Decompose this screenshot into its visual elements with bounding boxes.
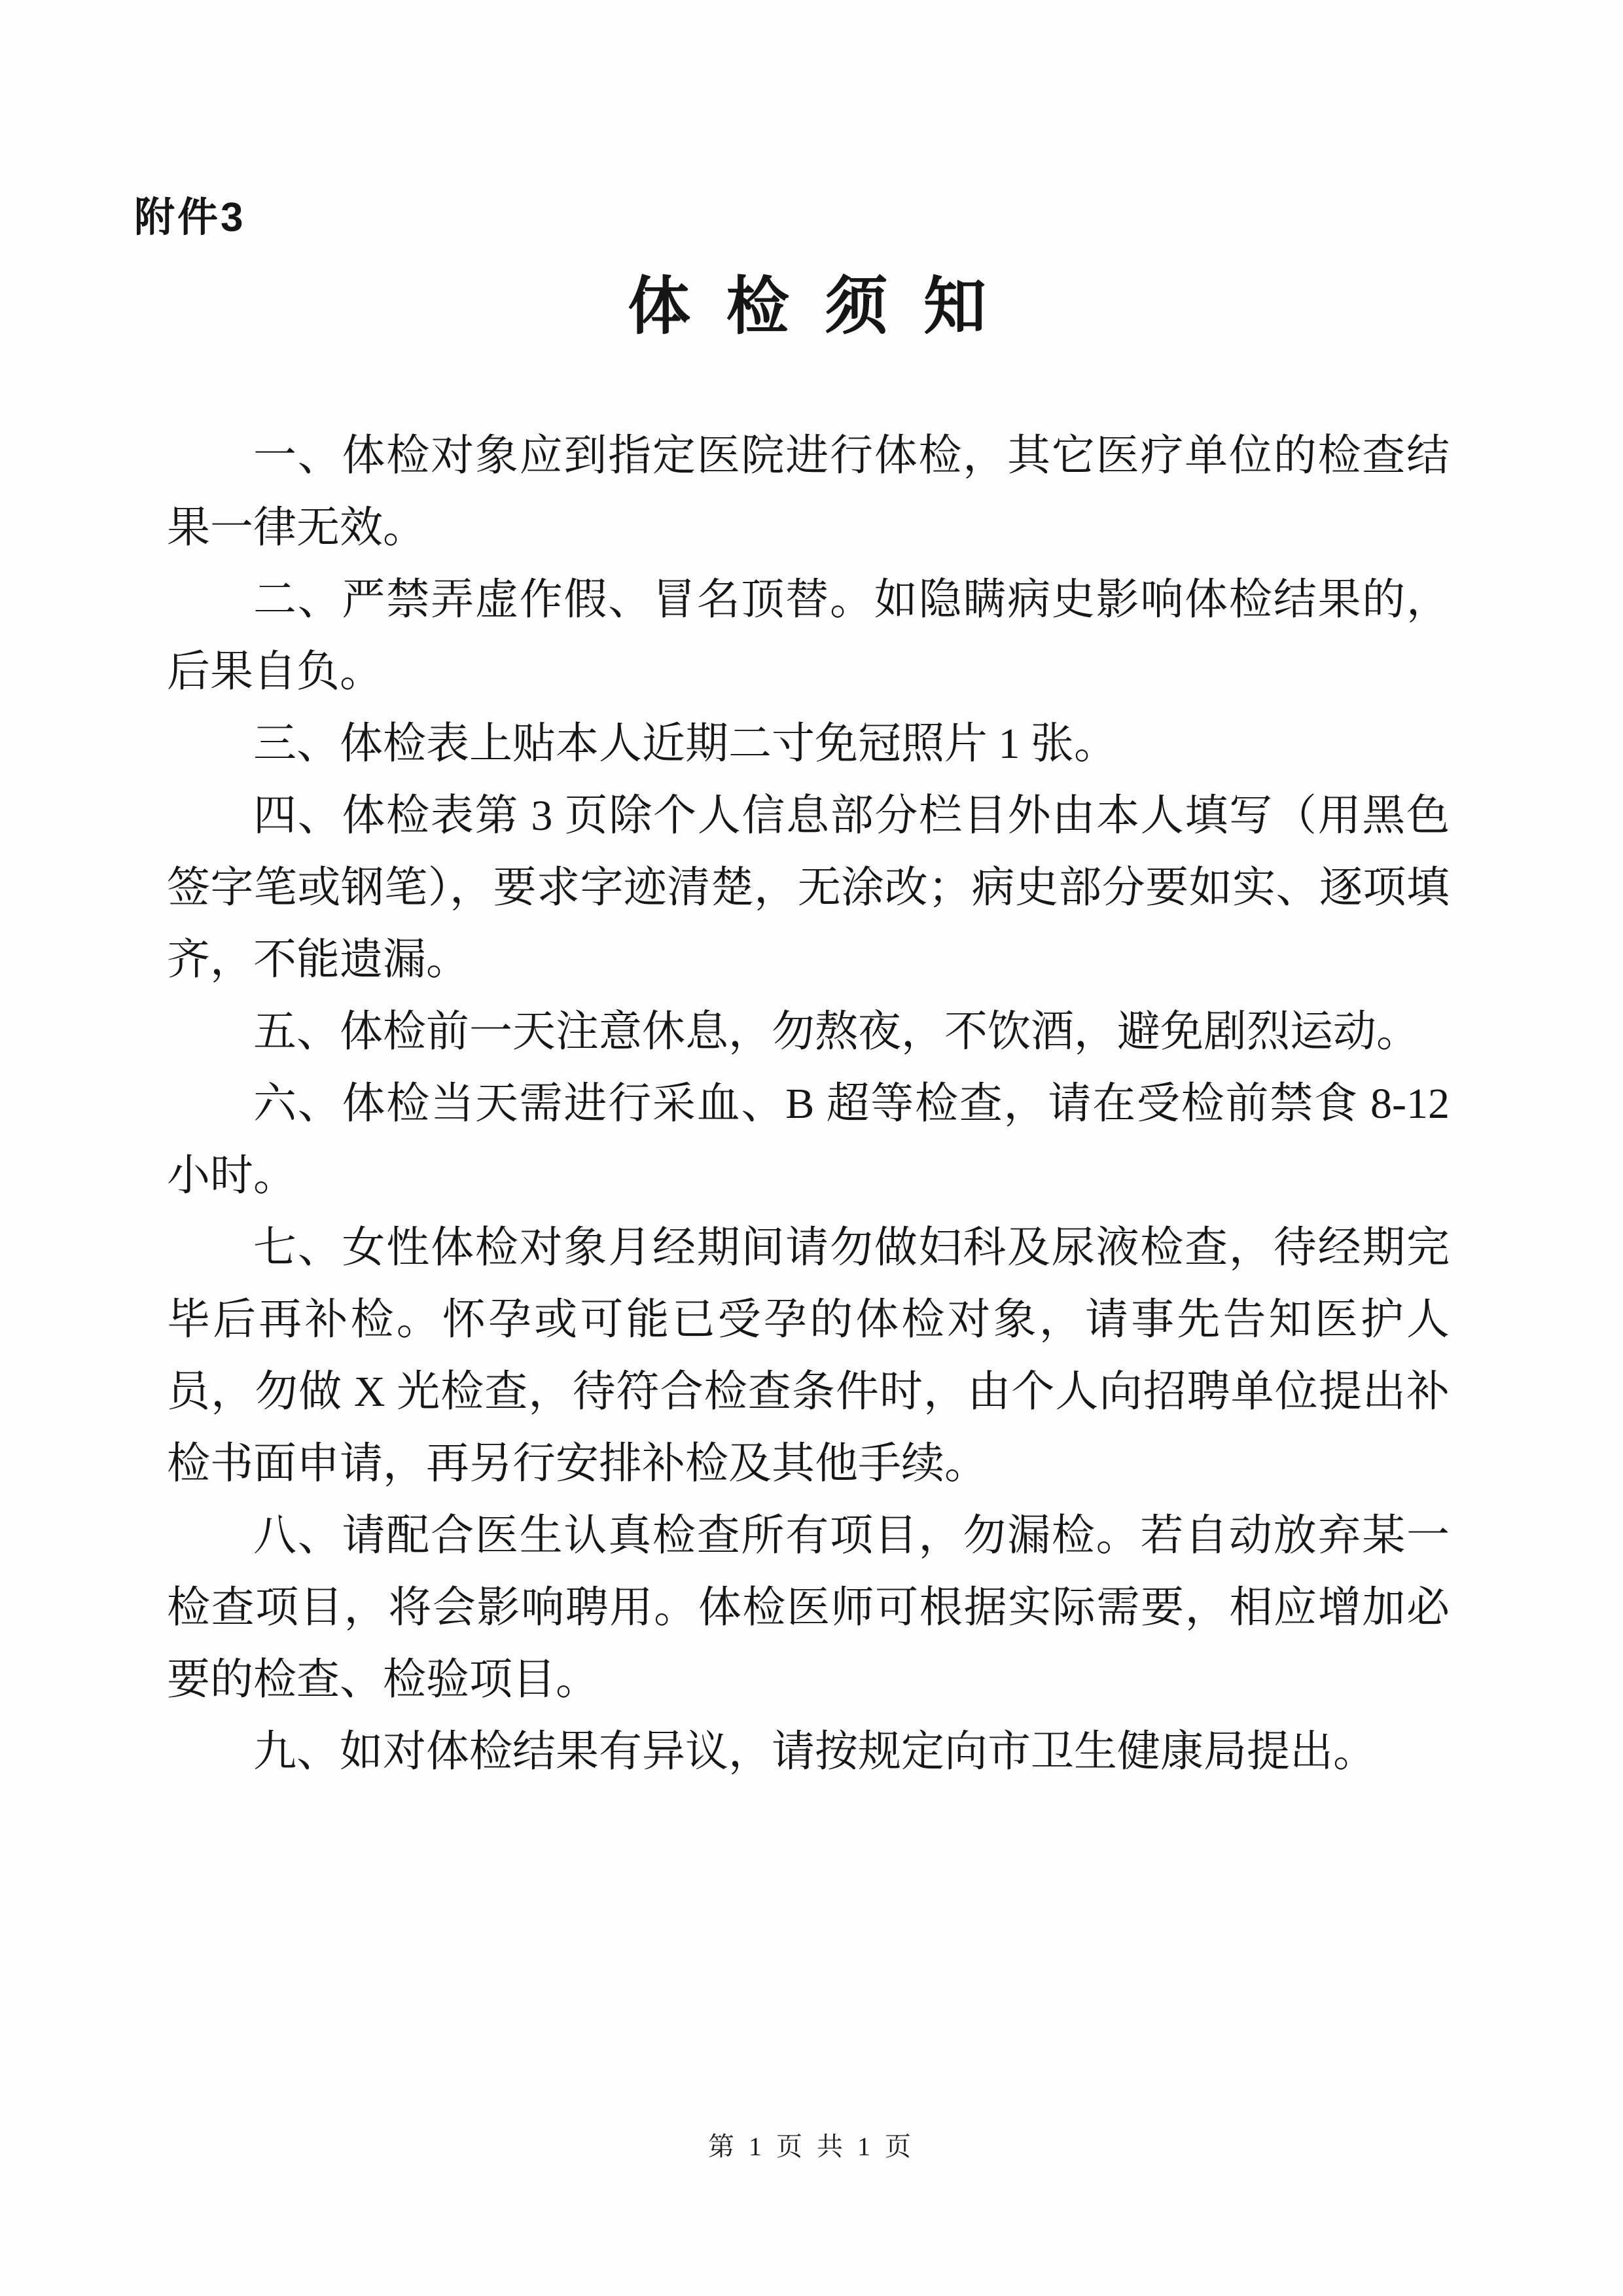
paragraph-5: 五、体检前一天注意休息，勿熬夜，不饮酒，避免剧烈运动。 <box>167 996 1450 1068</box>
paragraph-2: 二、严禁弄虚作假、冒名顶替。如隐瞒病史影响体检结果的，后果自负。 <box>167 564 1450 708</box>
page-number-footer: 第 1 页 共 1 页 <box>0 2126 1623 2163</box>
paragraph-3: 三、体检表上贴本人近期二寸免冠照片 1 张。 <box>167 708 1450 780</box>
document-page: 附件3 体 检 须 知 一、体检对象应到指定医院进行体检，其它医疗单位的检查结果… <box>0 0 1623 2296</box>
document-title: 体 检 须 知 <box>0 257 1623 346</box>
paragraph-6: 六、体检当天需进行采血、B 超等检查，请在受检前禁食 8-12 小时。 <box>167 1068 1450 1212</box>
paragraph-9: 九、如对体检结果有异议，请按规定向市卫生健康局提出。 <box>167 1716 1450 1788</box>
document-body: 一、体检对象应到指定医院进行体检，其它医疗单位的检查结果一律无效。 二、严禁弄虚… <box>167 420 1450 1788</box>
attachment-label: 附件3 <box>134 185 245 243</box>
paragraph-4: 四、体检表第 3 页除个人信息部分栏目外由本人填写（用黑色签字笔或钢笔），要求字… <box>167 780 1450 996</box>
paragraph-1: 一、体检对象应到指定医院进行体检，其它医疗单位的检查结果一律无效。 <box>167 420 1450 564</box>
paragraph-7: 七、女性体检对象月经期间请勿做妇科及尿液检查，待经期完毕后再补检。怀孕或可能已受… <box>167 1212 1450 1500</box>
paragraph-8: 八、请配合医生认真检查所有项目，勿漏检。若自动放弃某一检查项目，将会影响聘用。体… <box>167 1500 1450 1716</box>
